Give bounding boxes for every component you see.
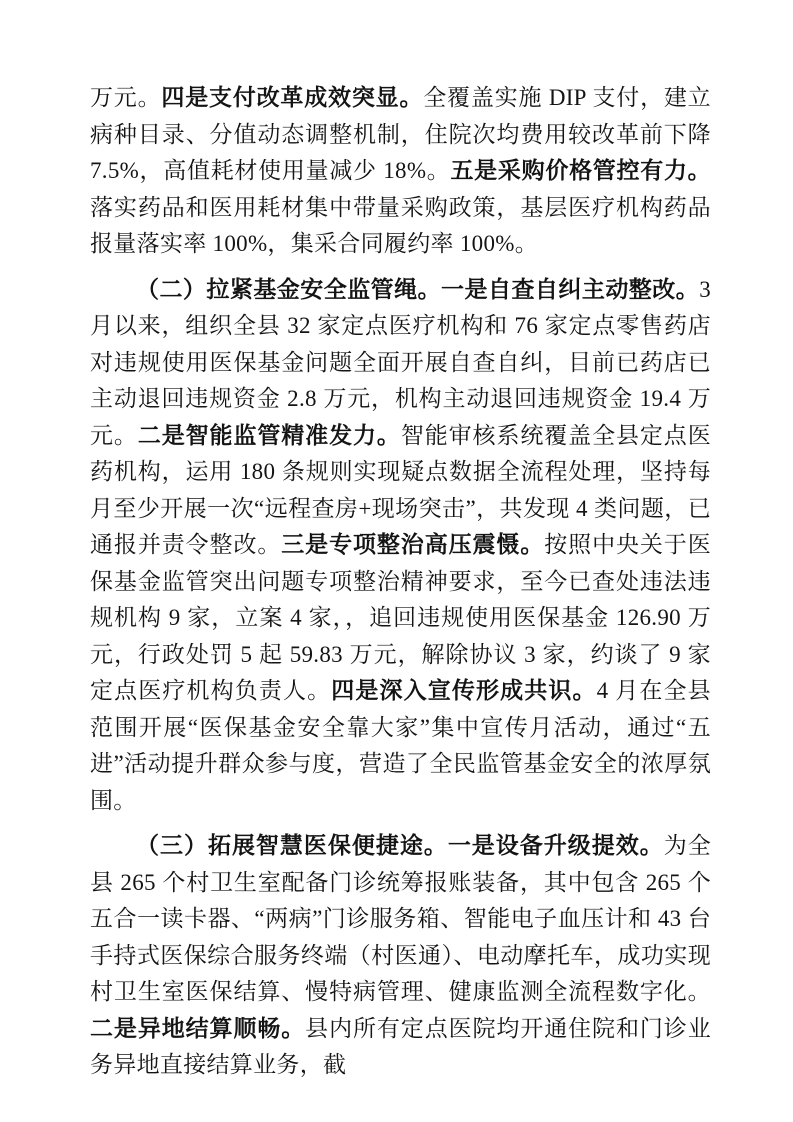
bold-text-run: 二是智能监管精准发力。 — [138, 423, 401, 448]
paragraph: 万元。四是支付改革成效突显。全覆盖实施 DIP 支付，建立病种目录、分值动态调整… — [90, 80, 711, 263]
bold-text-run: （三）拓展智慧医保便捷途。一是设备升级提效。 — [136, 833, 664, 858]
bold-text-run: 四是深入宣传形成共识。 — [331, 678, 596, 703]
paragraph: （二）拉紧基金安全监管绳。一是自查自纠主动整改。3 月以来，组织全县 32 家定… — [90, 272, 711, 820]
bold-text-run: 五是采购价格管控有力。 — [450, 158, 711, 183]
bold-text-run: 二是异地结算顺畅。 — [90, 1016, 305, 1041]
paragraph: （三）拓展智慧医保便捷途。一是设备升级提效。为全县 265 个村卫生室配备门诊统… — [90, 828, 711, 1084]
bold-text-run: （二）拉紧基金安全监管绳。一是自查自纠主动整改。 — [136, 277, 699, 302]
document-body: 万元。四是支付改革成效突显。全覆盖实施 DIP 支付，建立病种目录、分值动态调整… — [90, 80, 711, 1084]
bold-text-run: 三是专项整治高压震慑。 — [281, 532, 544, 557]
text-run: 为全县 265 个村卫生室配备门诊统筹报账装备，其中包含 265 个五合一读卡器… — [90, 833, 711, 1004]
text-run: 落实药品和医用耗材集中带量采购政策，基层医疗机构药品报量落实率 100%，集采合… — [90, 195, 711, 257]
bold-text-run: 四是支付改革成效突显。 — [161, 85, 423, 110]
text-run: 万元。 — [90, 85, 161, 110]
